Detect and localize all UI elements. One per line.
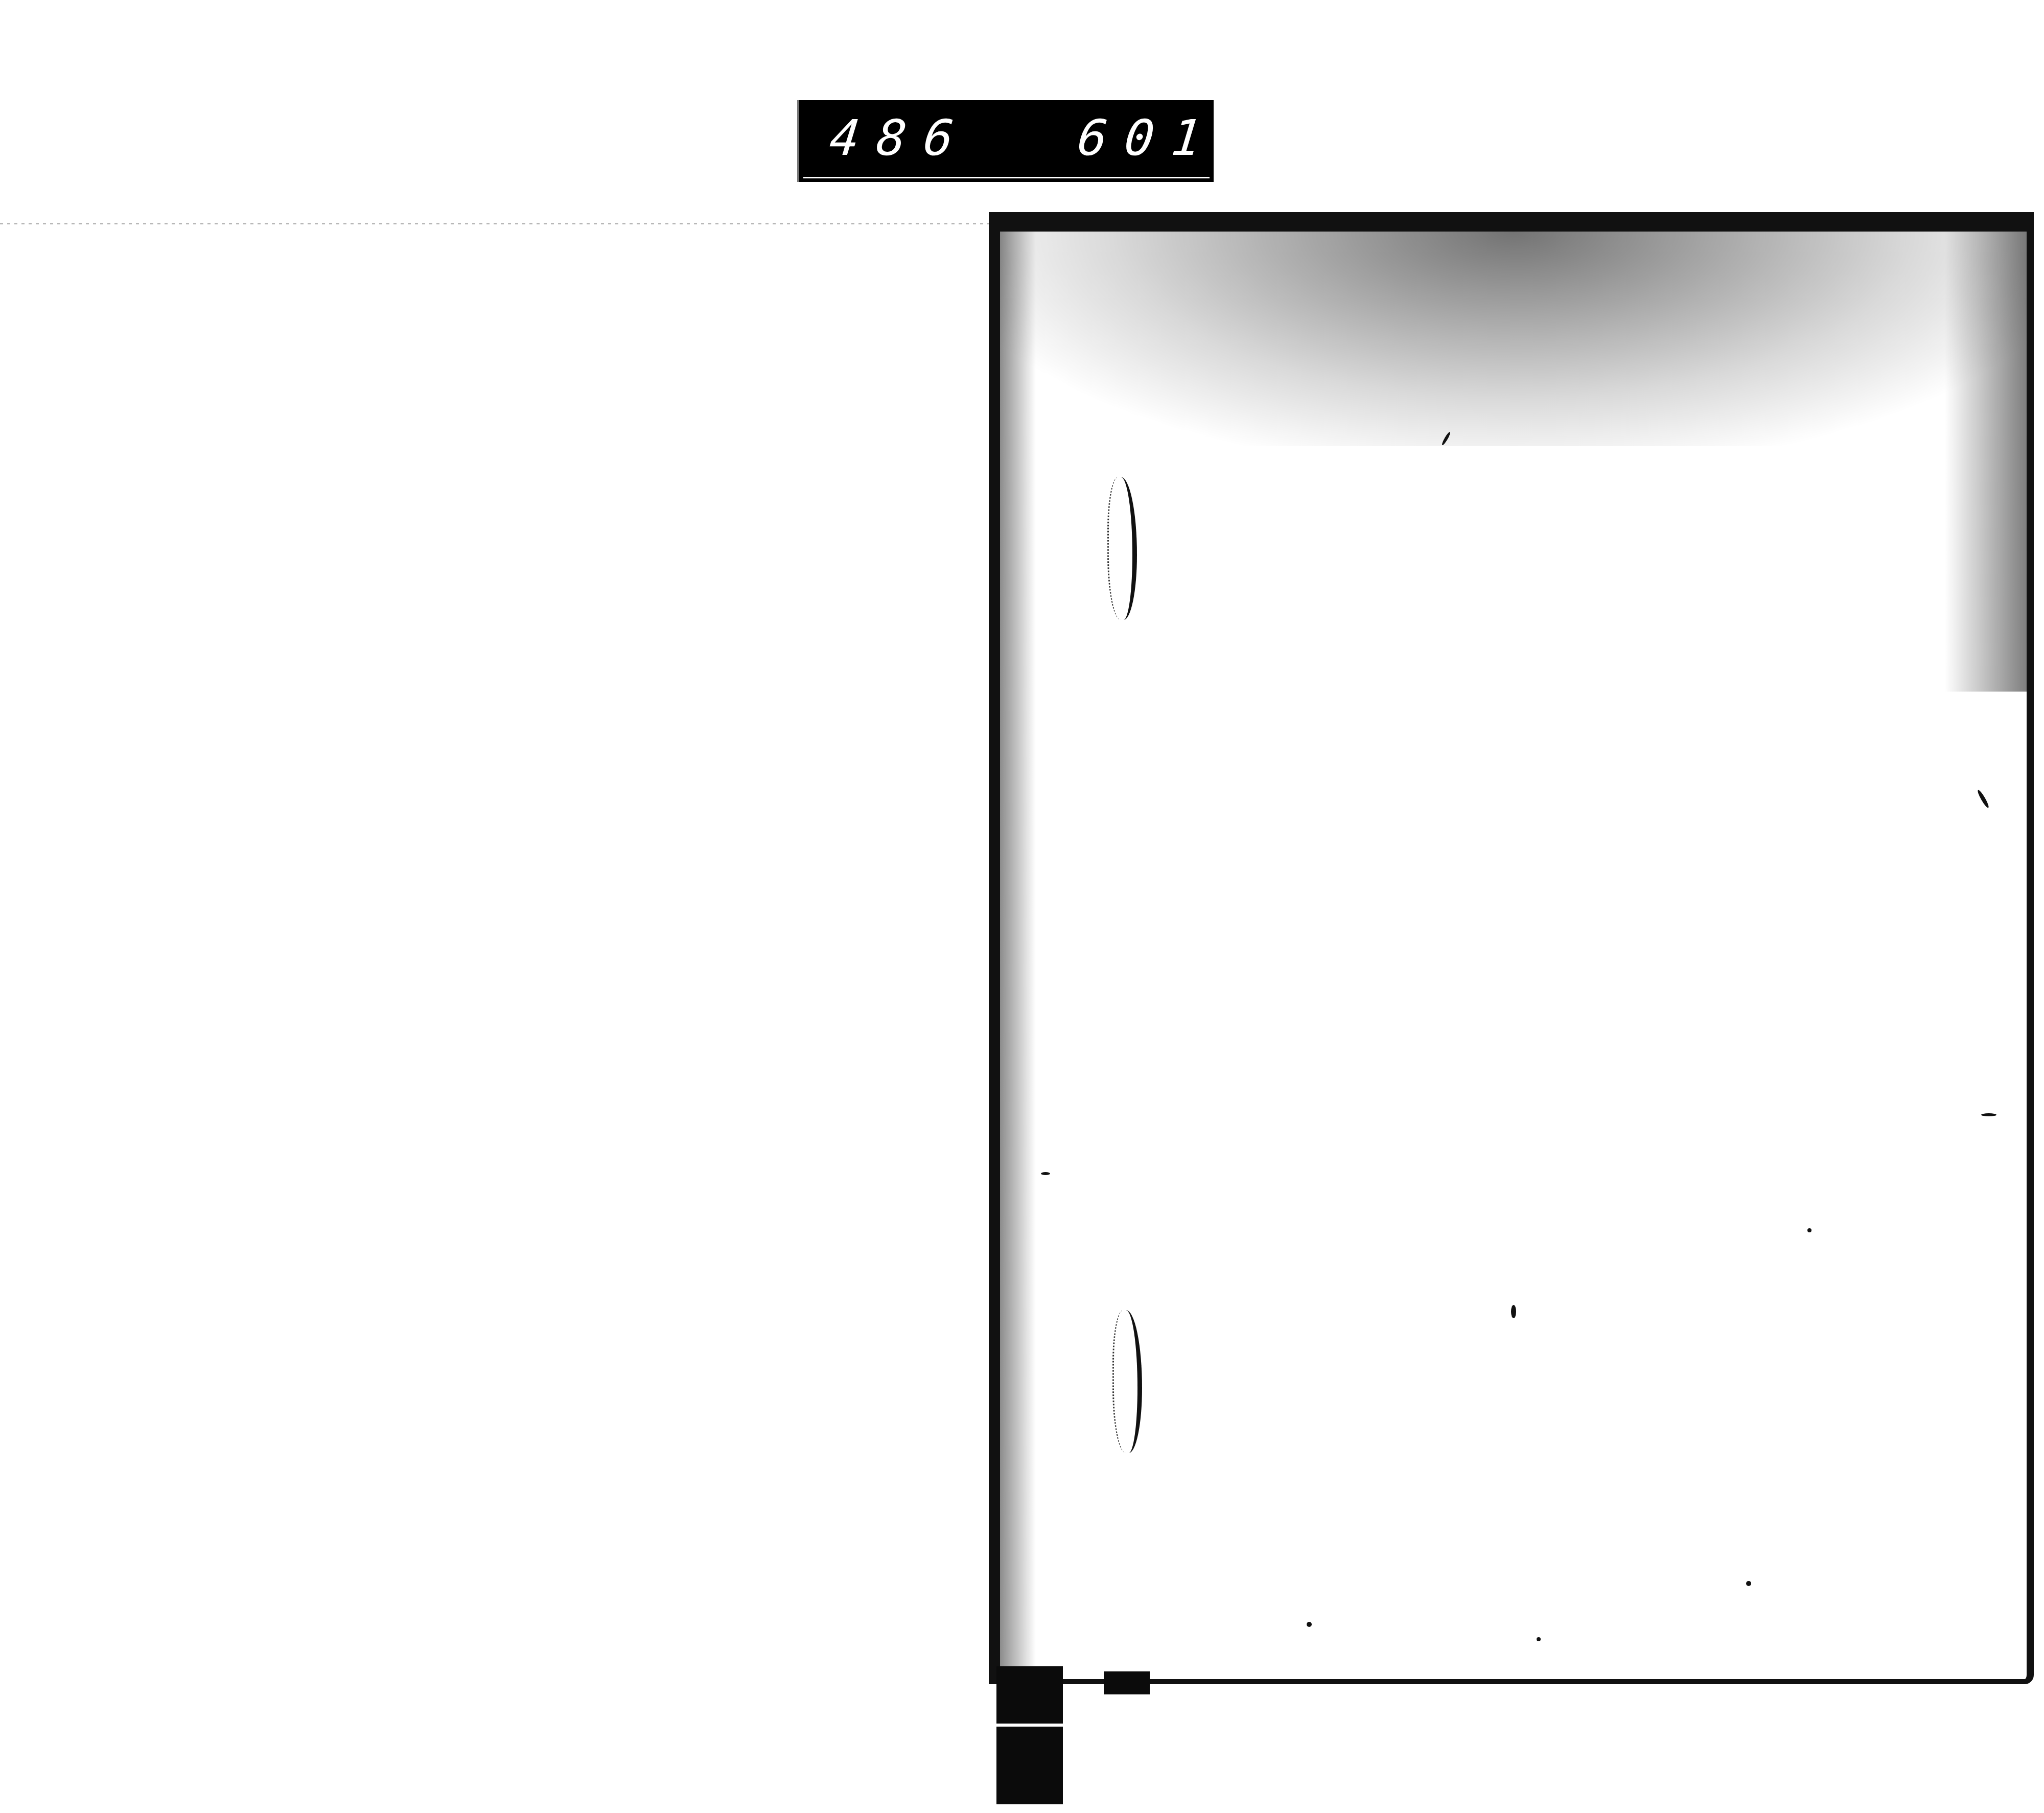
film-leader-block xyxy=(996,1666,1063,1804)
scan-line xyxy=(0,223,991,224)
frame-counter-left: 486 xyxy=(827,109,973,167)
speck xyxy=(1307,1622,1312,1627)
speck xyxy=(1981,1113,1996,1116)
scanned-page xyxy=(989,212,2034,1684)
speck xyxy=(1977,789,1990,809)
frame-counter-right: 601. xyxy=(1075,109,1268,167)
film-leader-gap xyxy=(996,1724,1063,1727)
page-grime-top xyxy=(1000,232,2027,446)
speck xyxy=(1537,1637,1541,1641)
page-grime-left xyxy=(1000,232,1036,1679)
counter-rule xyxy=(803,177,1210,178)
film-tab-block xyxy=(1104,1671,1150,1694)
page-grime-right xyxy=(1945,232,2027,692)
frame-counter: 486 601. xyxy=(797,100,1214,182)
speck xyxy=(1807,1228,1811,1232)
speck xyxy=(1041,1172,1050,1175)
speck xyxy=(1511,1305,1516,1318)
binding-tie-mark-lower xyxy=(1112,1310,1142,1453)
binding-tie-mark-upper xyxy=(1107,477,1137,620)
speck xyxy=(1746,1581,1751,1586)
